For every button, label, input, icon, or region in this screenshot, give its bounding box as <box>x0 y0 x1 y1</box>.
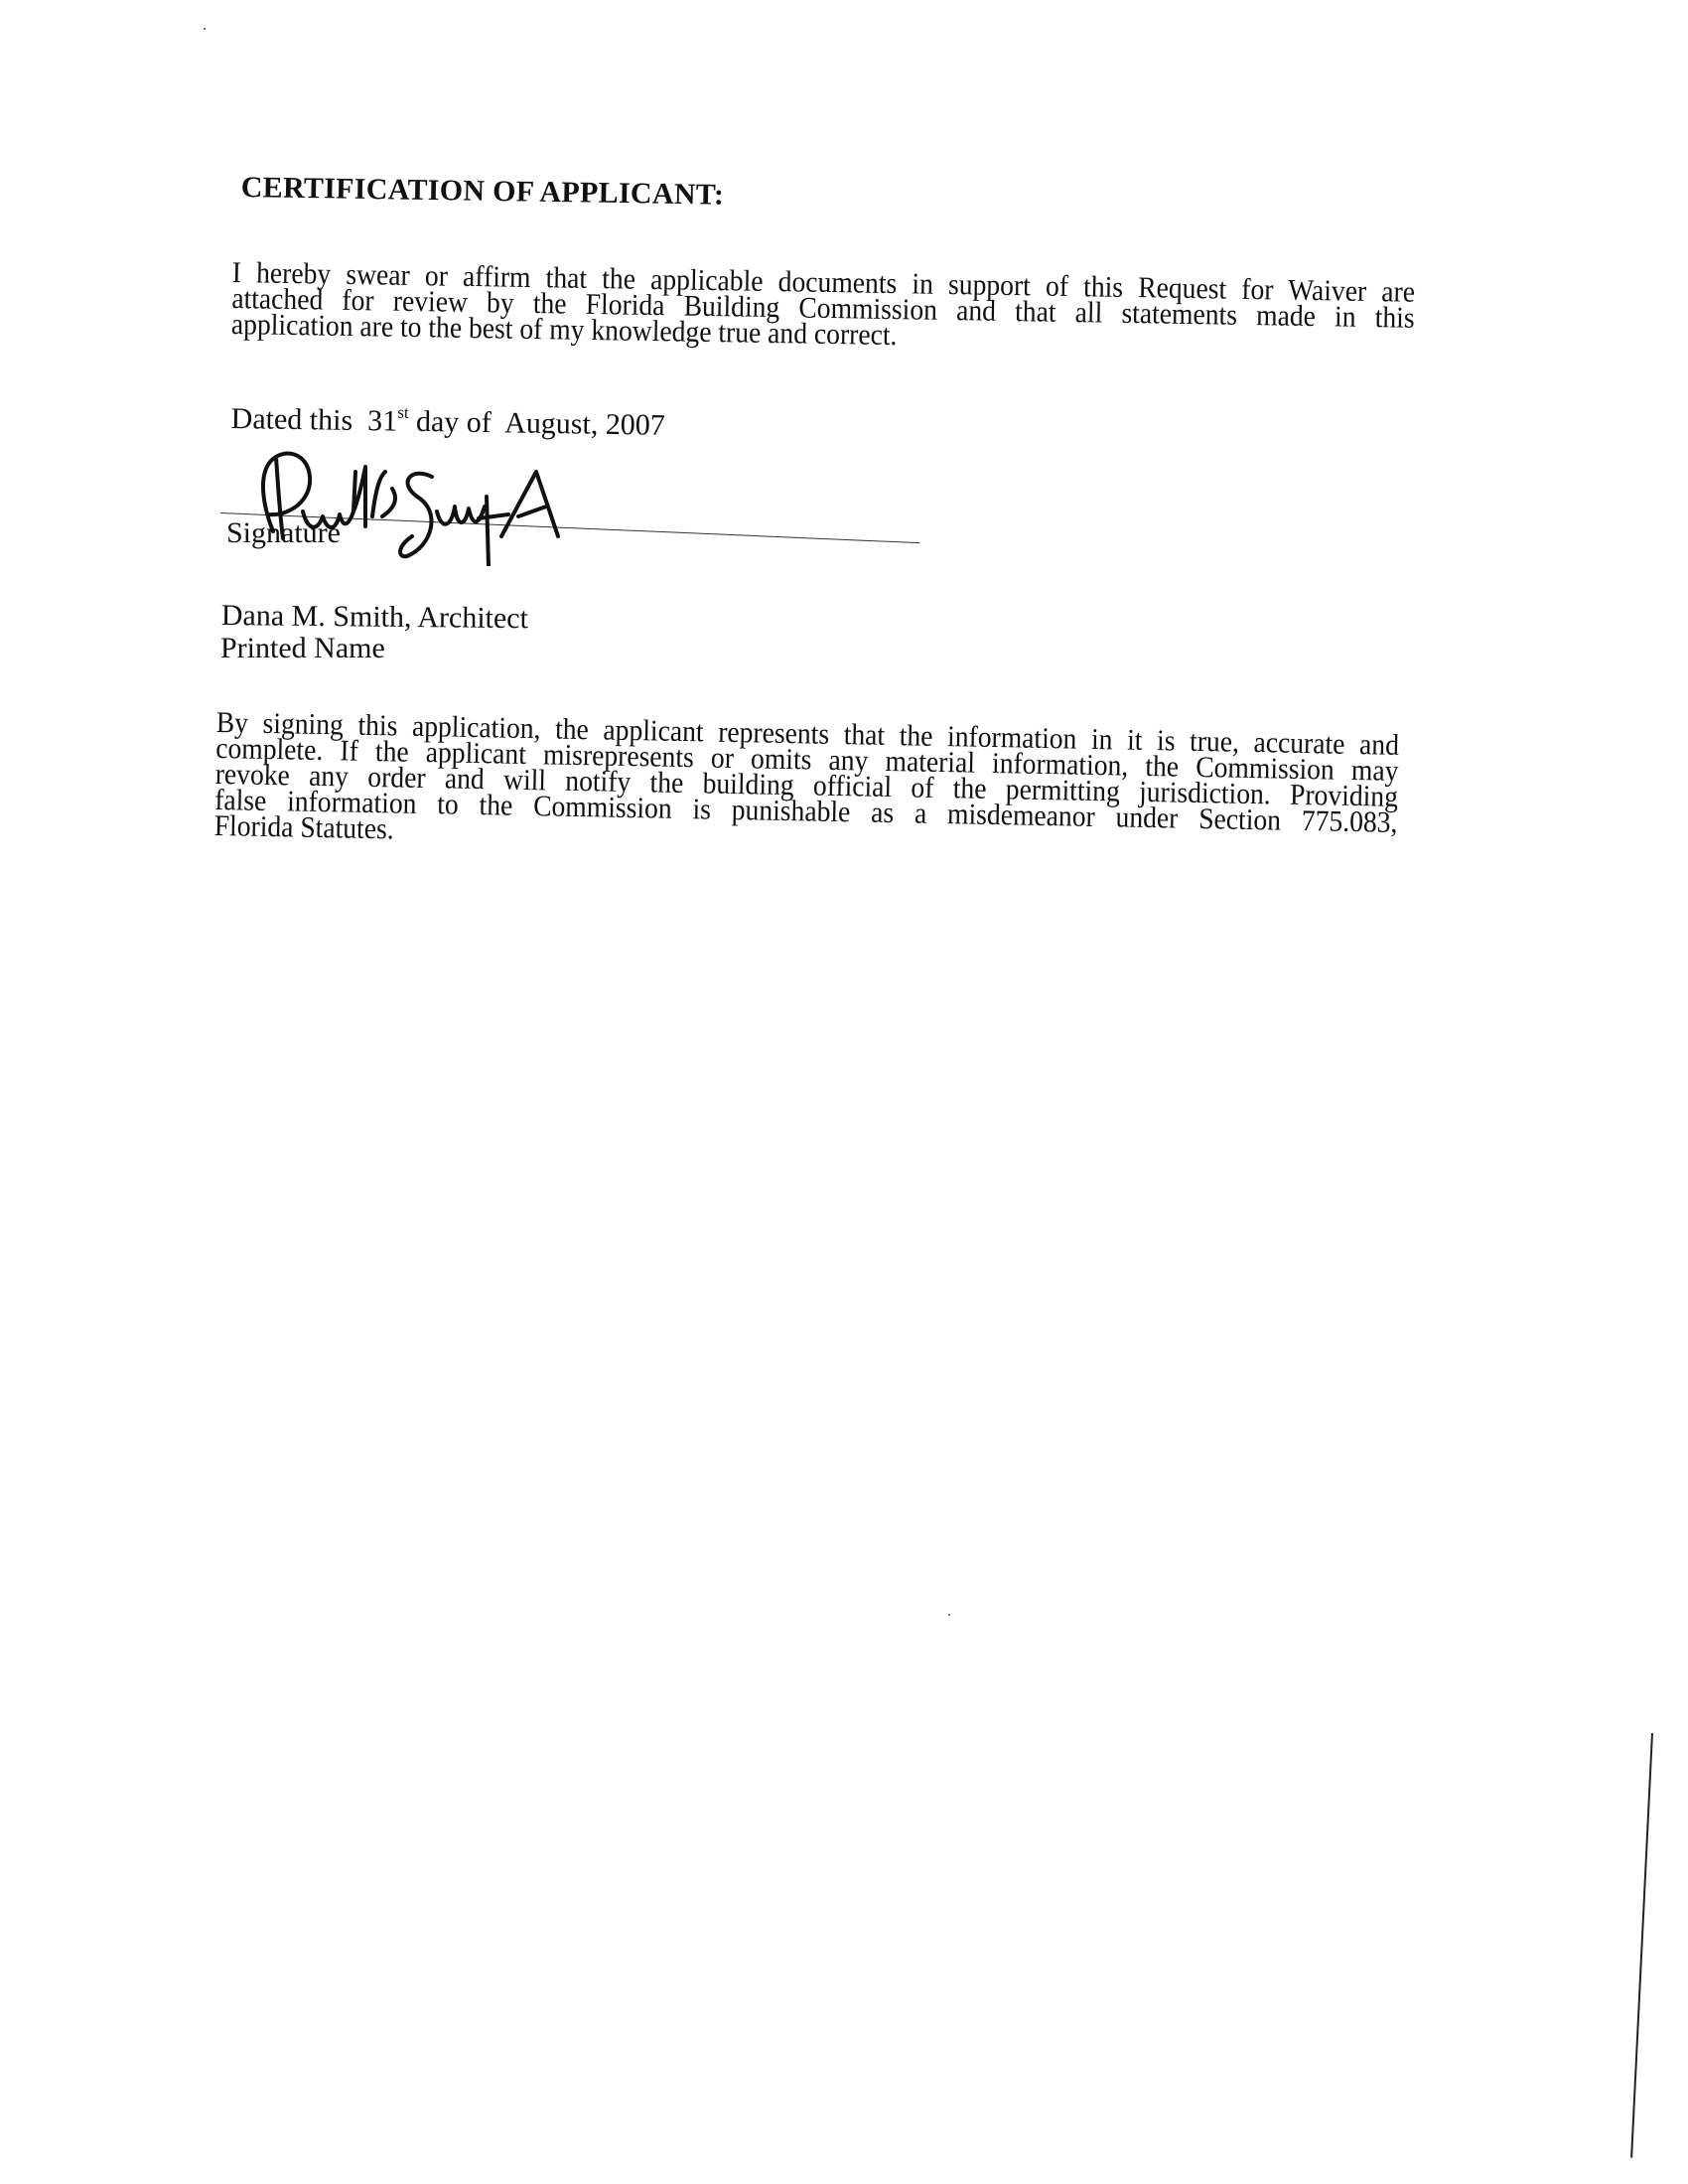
scan-edge-line <box>1630 1733 1653 2158</box>
section-heading: CERTIFICATION OF APPLICANT: <box>240 171 724 213</box>
printed-name: Dana M. Smith, Architect <box>221 599 528 636</box>
signature-label: Signature <box>226 516 341 550</box>
printed-name-label: Printed Name <box>220 632 385 665</box>
disclaimer-statement: By signing this application, the applica… <box>214 710 1400 862</box>
dated-day-suffix: st <box>397 403 409 422</box>
dated-day: 31 <box>367 404 398 437</box>
dated-prefix: Dated this <box>230 402 352 437</box>
scanned-page: CERTIFICATION OF APPLICANT: I hereby swe… <box>0 0 1688 2184</box>
scan-speck <box>948 1614 950 1616</box>
dated-middle: day of <box>416 405 492 439</box>
scan-speck <box>204 28 206 30</box>
certification-statement: I hereby swear or affirm that the applic… <box>231 260 1416 358</box>
